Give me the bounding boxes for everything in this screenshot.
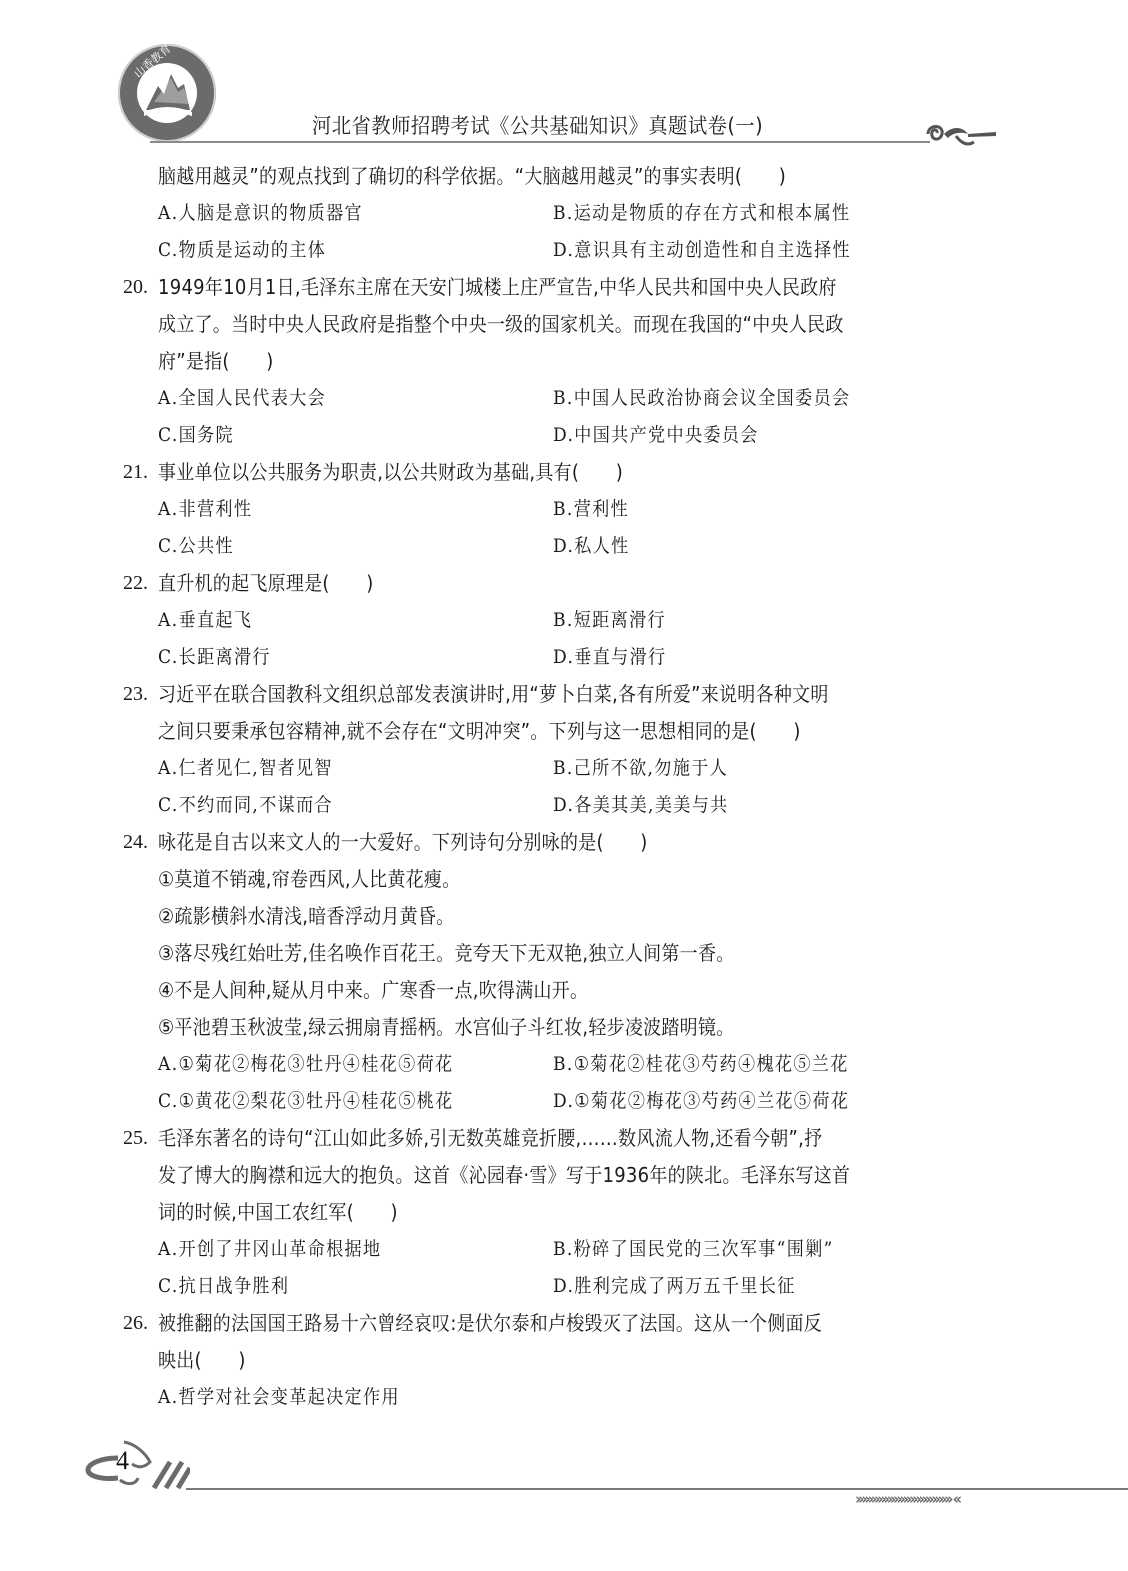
question-stem-line: 发了博大的胸襟和远大的抱负。这首《沁园春·雪》写于1936年的陕北。毛泽东写这首 <box>158 1163 850 1187</box>
option-text: 运动是物质的存在方式和根本属性 <box>574 202 851 224</box>
option-a[interactable]: A.哲学对社会变革起决定作用 <box>158 1385 400 1409</box>
option-d[interactable]: D.意识具有主动创造性和自主选择性 <box>553 238 851 262</box>
option-text: ①黄花②梨花③牡丹④桂花⑤桃花 <box>179 1090 454 1112</box>
header-divider <box>150 141 930 143</box>
option-a[interactable]: A.垂直起飞 <box>158 608 252 632</box>
page-footer: 4 ›››››››››››››››››››››››››››››› ‹‹ <box>0 1420 1128 1571</box>
option-label: C. <box>158 646 179 668</box>
mountain-logo-icon: 山香教育 <box>118 44 216 142</box>
option-text: 短距离滑行 <box>574 609 666 631</box>
option-text: 人脑是意识的物质器官 <box>178 202 363 224</box>
option-label: B. <box>553 202 574 224</box>
option-b[interactable]: B.运动是物质的存在方式和根本属性 <box>553 201 850 225</box>
option-text: 垂直与滑行 <box>574 646 666 668</box>
option-text: 长距离滑行 <box>179 646 271 668</box>
option-label: B. <box>553 1238 574 1260</box>
option-label: C. <box>158 535 179 557</box>
option-b[interactable]: B.中国人民政治协商会议全国委员会 <box>553 386 850 410</box>
option-d[interactable]: D.①菊花②梅花③芍药④兰花⑤荷花 <box>553 1089 849 1113</box>
option-text: 各美其美,美美与共 <box>574 794 728 816</box>
option-c[interactable]: C.公共性 <box>158 534 234 558</box>
flourish-ornament-icon <box>922 120 1002 150</box>
option-label: A. <box>158 202 178 224</box>
option-text: ①菊花②桂花③芍药④槐花⑤兰花 <box>574 1053 849 1075</box>
option-d[interactable]: D.胜利完成了两万五千里长征 <box>553 1274 796 1298</box>
option-d[interactable]: D.各美其美,美美与共 <box>553 793 729 817</box>
option-text: 私人性 <box>574 535 629 557</box>
question-number: 26. <box>123 1311 148 1335</box>
option-text: 意识具有主动创造性和自主选择性 <box>574 239 851 261</box>
question-stem-line: 习近平在联合国教科文组织总部发表演讲时,用“萝卜白菜,各有所爱”来说明各种文明 <box>158 682 829 706</box>
option-label: C. <box>158 239 179 261</box>
option-text: ①菊花②梅花③牡丹④桂花⑤荷花 <box>178 1053 453 1075</box>
option-text: 非营利性 <box>178 498 252 520</box>
option-d[interactable]: D.私人性 <box>553 534 630 558</box>
option-text: 公共性 <box>179 535 234 557</box>
page-number: 4 <box>116 1446 129 1476</box>
option-text: 哲学对社会变革起决定作用 <box>178 1386 399 1408</box>
option-c[interactable]: C.不约而同,不谋而合 <box>158 793 333 817</box>
question-number: 24. <box>123 830 148 854</box>
question-stem-line: 事业单位以公共服务为职责,以公共财政为基础,具有( ) <box>158 460 623 484</box>
option-text: ①菊花②梅花③芍药④兰花⑤荷花 <box>574 1090 849 1112</box>
option-text: 全国人民代表大会 <box>178 387 326 409</box>
option-label: D. <box>553 535 574 557</box>
option-c[interactable]: C.抗日战争胜利 <box>158 1274 289 1298</box>
option-text: 中国共产党中央委员会 <box>574 424 759 446</box>
option-d[interactable]: D.垂直与滑行 <box>553 645 667 669</box>
option-label: C. <box>158 424 179 446</box>
question-stem-line: 1949年10月1日,毛泽东主席在天安门城楼上庄严宣告,中华人民共和国中央人民政… <box>158 275 837 299</box>
question-number: 25. <box>123 1126 148 1150</box>
option-text: 仁者见仁,智者见智 <box>178 757 332 779</box>
page-header: 山香教育 河北省教师招聘考试《公共基础知识》真题试卷(一) <box>0 0 1128 150</box>
option-text: 营利性 <box>574 498 629 520</box>
option-b[interactable]: B.短距离滑行 <box>553 608 666 632</box>
question-stem-line: ⑤平池碧玉秋波莹,绿云拥扇青摇柄。水宫仙子斗红妆,轻步凌波踏明镜。 <box>158 1015 734 1039</box>
option-label: B. <box>553 1053 574 1075</box>
question-stem-line: 直升机的起飞原理是( ) <box>158 571 374 595</box>
option-text: 胜利完成了两万五千里长征 <box>574 1275 795 1297</box>
question-stem-line: 咏花是自古以来文人的一大爱好。下列诗句分别咏的是( ) <box>158 830 648 854</box>
question-stem-line: ④不是人间种,疑从月中来。广寒香一点,吹得满山开。 <box>158 978 588 1002</box>
option-label: D. <box>553 1090 574 1112</box>
option-c[interactable]: C.①黄花②梨花③牡丹④桂花⑤桃花 <box>158 1089 454 1113</box>
question-stem-line: 之间只要秉承包容精神,就不会存在“文明冲突”。下列与这一思想相同的是( ) <box>158 719 801 743</box>
page-number-ornament-icon <box>80 1434 190 1494</box>
question-stem-line: 脑越用越灵”的观点找到了确切的科学依据。“大脑越用越灵”的事实表明( ) <box>158 164 786 188</box>
option-label: A. <box>158 1238 178 1260</box>
question-stem-line: ①莫道不销魂,帘卷西风,人比黄花瘦。 <box>158 867 460 891</box>
option-d[interactable]: D.中国共产党中央委员会 <box>553 423 759 447</box>
question-stem-line: 词的时候,中国工农红军( ) <box>158 1200 398 1224</box>
option-label: A. <box>158 1053 178 1075</box>
option-label: D. <box>553 794 574 816</box>
option-label: A. <box>158 1386 178 1408</box>
question-stem-line: 成立了。当时中央人民政府是指整个中央一级的国家机关。而现在我国的“中央人民政 <box>158 312 844 336</box>
option-text: 物质是运动的主体 <box>179 239 327 261</box>
footer-divider <box>186 1488 1128 1490</box>
option-a[interactable]: A.开创了井冈山革命根据地 <box>158 1237 381 1261</box>
question-stem-line: ②疏影横斜水清浅,暗香浮动月黄昏。 <box>158 904 454 928</box>
option-label: B. <box>553 387 574 409</box>
option-b[interactable]: B.①菊花②桂花③芍药④槐花⑤兰花 <box>553 1052 849 1076</box>
option-c[interactable]: C.国务院 <box>158 423 234 447</box>
option-a[interactable]: A.全国人民代表大会 <box>158 386 326 410</box>
option-text: 国务院 <box>179 424 234 446</box>
option-text: 粉碎了国民党的三次军事“围剿” <box>574 1238 834 1260</box>
option-text: 不约而同,不谋而合 <box>179 794 333 816</box>
option-label: B. <box>553 609 574 631</box>
option-c[interactable]: C.物质是运动的主体 <box>158 238 326 262</box>
option-label: A. <box>158 757 178 779</box>
option-b[interactable]: B.己所不欲,勿施于人 <box>553 756 728 780</box>
option-label: C. <box>158 1090 179 1112</box>
option-label: D. <box>553 646 574 668</box>
option-label: A. <box>158 387 178 409</box>
option-label: A. <box>158 609 178 631</box>
option-label: B. <box>553 498 574 520</box>
option-text: 抗日战争胜利 <box>179 1275 290 1297</box>
option-label: C. <box>158 794 179 816</box>
question-stem-line: 府”是指( ) <box>158 349 274 373</box>
option-label: B. <box>553 757 574 779</box>
option-text: 中国人民政治协商会议全国委员会 <box>574 387 851 409</box>
question-number: 21. <box>123 460 148 484</box>
option-text: 开创了井冈山革命根据地 <box>178 1238 381 1260</box>
option-label: A. <box>158 498 178 520</box>
option-label: D. <box>553 1275 574 1297</box>
option-text: 垂直起飞 <box>178 609 252 631</box>
option-b[interactable]: B.营利性 <box>553 497 629 521</box>
option-a[interactable]: A.仁者见仁,智者见智 <box>158 756 333 780</box>
question-stem-line: ③落尽残红始吐芳,佳名唤作百花王。竞夸天下无双艳,独立人间第一香。 <box>158 941 734 965</box>
question-number: 23. <box>123 682 148 706</box>
question-stem-line: 映出( ) <box>158 1348 246 1372</box>
option-b[interactable]: B.粉碎了国民党的三次军事“围剿” <box>553 1237 834 1261</box>
page-title: 河北省教师招聘考试《公共基础知识》真题试卷(一) <box>312 110 763 140</box>
question-stem-line: 毛泽东著名的诗句“江山如此多娇,引无数英雄竞折腰,……数风流人物,还看今朝”,抒 <box>158 1126 822 1150</box>
question-number: 20. <box>123 275 148 299</box>
option-a[interactable]: A.①菊花②梅花③牡丹④桂花⑤荷花 <box>158 1052 453 1076</box>
option-label: C. <box>158 1275 179 1297</box>
option-label: D. <box>553 239 574 261</box>
option-a[interactable]: A.非营利性 <box>158 497 252 521</box>
question-number: 22. <box>123 571 148 595</box>
option-c[interactable]: C.长距离滑行 <box>158 645 271 669</box>
option-text: 己所不欲,勿施于人 <box>574 757 728 779</box>
question-stem-line: 被推翻的法国国王路易十六曾经哀叹:是伏尔泰和卢梭毁灭了法国。这从一个侧面反 <box>158 1311 822 1335</box>
option-a[interactable]: A.人脑是意识的物质器官 <box>158 201 363 225</box>
chevron-arrows-icon: ›››››››››››››››››››››››››››››› ‹‹ <box>855 1490 959 1508</box>
option-label: D. <box>553 424 574 446</box>
